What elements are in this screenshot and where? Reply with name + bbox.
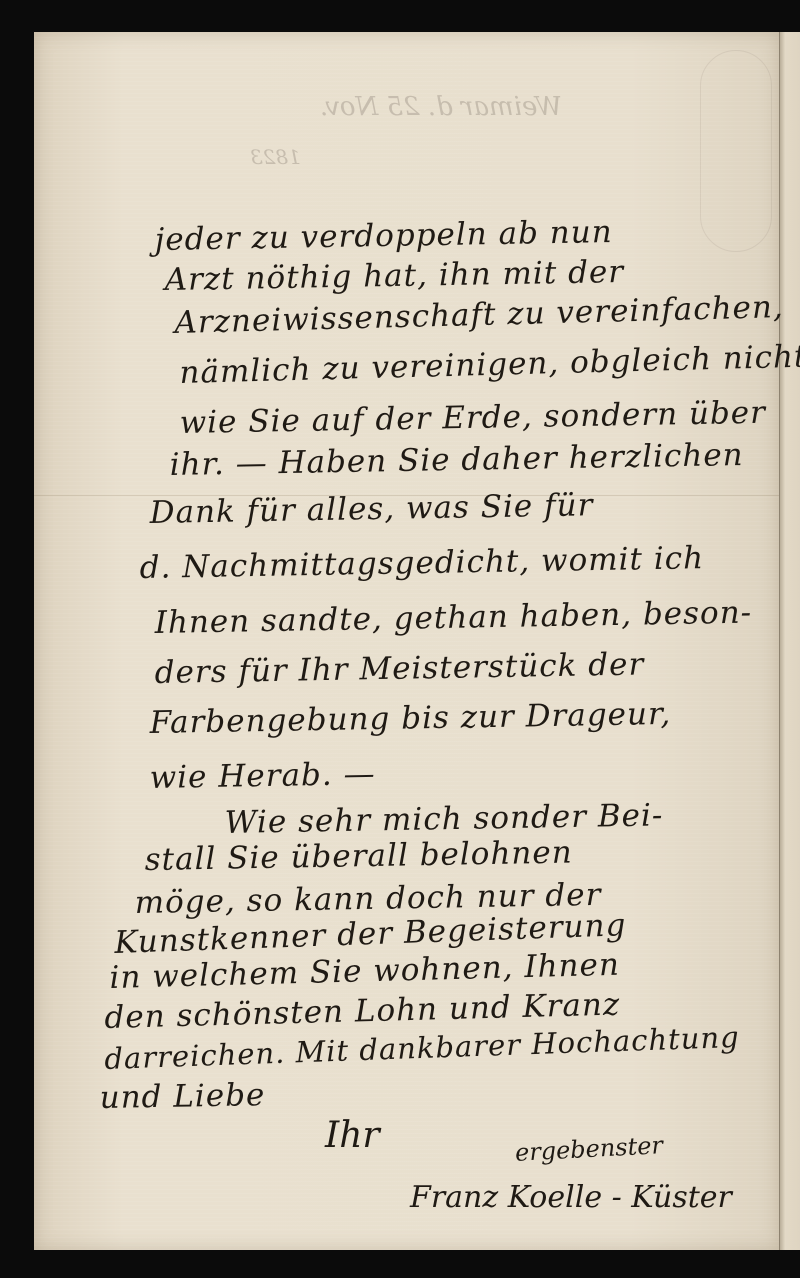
text-line-4: nämlich zu vereinigen, obgleich nicht (179, 339, 800, 391)
text-line-3: Arzneiwissenschaft zu vereinfachen, (174, 289, 784, 341)
adjacent-page-edge (779, 32, 800, 1250)
text-line-7: Dank für alles, was Sie für (149, 487, 593, 531)
text-line-8: d. Nachmittagsgedicht, womit ich (139, 540, 704, 586)
text-line-10: ders für Ihr Meisterstück der (154, 646, 644, 691)
text-line-12: wie Herab. — (149, 756, 375, 796)
text-line-9: Ihnen sandte, gethan haben, beson- (154, 595, 752, 641)
text-line-11: Farbengebung bis zur Drageur, (149, 696, 671, 741)
text-line-2: Arzt nöthig hat, ihn mit der (164, 254, 624, 298)
closing-salutation: Ihr (325, 1115, 380, 1156)
document-scan: Weimar d. 25 Nov. 1823 jeder zu verdoppe… (0, 0, 800, 1278)
text-line-20: und Liebe (99, 1077, 265, 1116)
text-line-5: wie Sie auf der Erde, sondern über (179, 395, 766, 441)
text-line-6: ihr. — Haben Sie daher herzlichen (169, 437, 744, 483)
text-line-1: jeder zu verdoppeln ab nun (154, 214, 613, 258)
signature: Franz Koelle - Küster (410, 1180, 732, 1215)
letter-body: jeder zu verdoppeln ab nun Arzt nöthig h… (95, 0, 775, 1278)
text-line-13: Wie sehr mich sonder Bei- (224, 797, 663, 841)
text-line-14: stall Sie überall belohnen (144, 835, 573, 878)
